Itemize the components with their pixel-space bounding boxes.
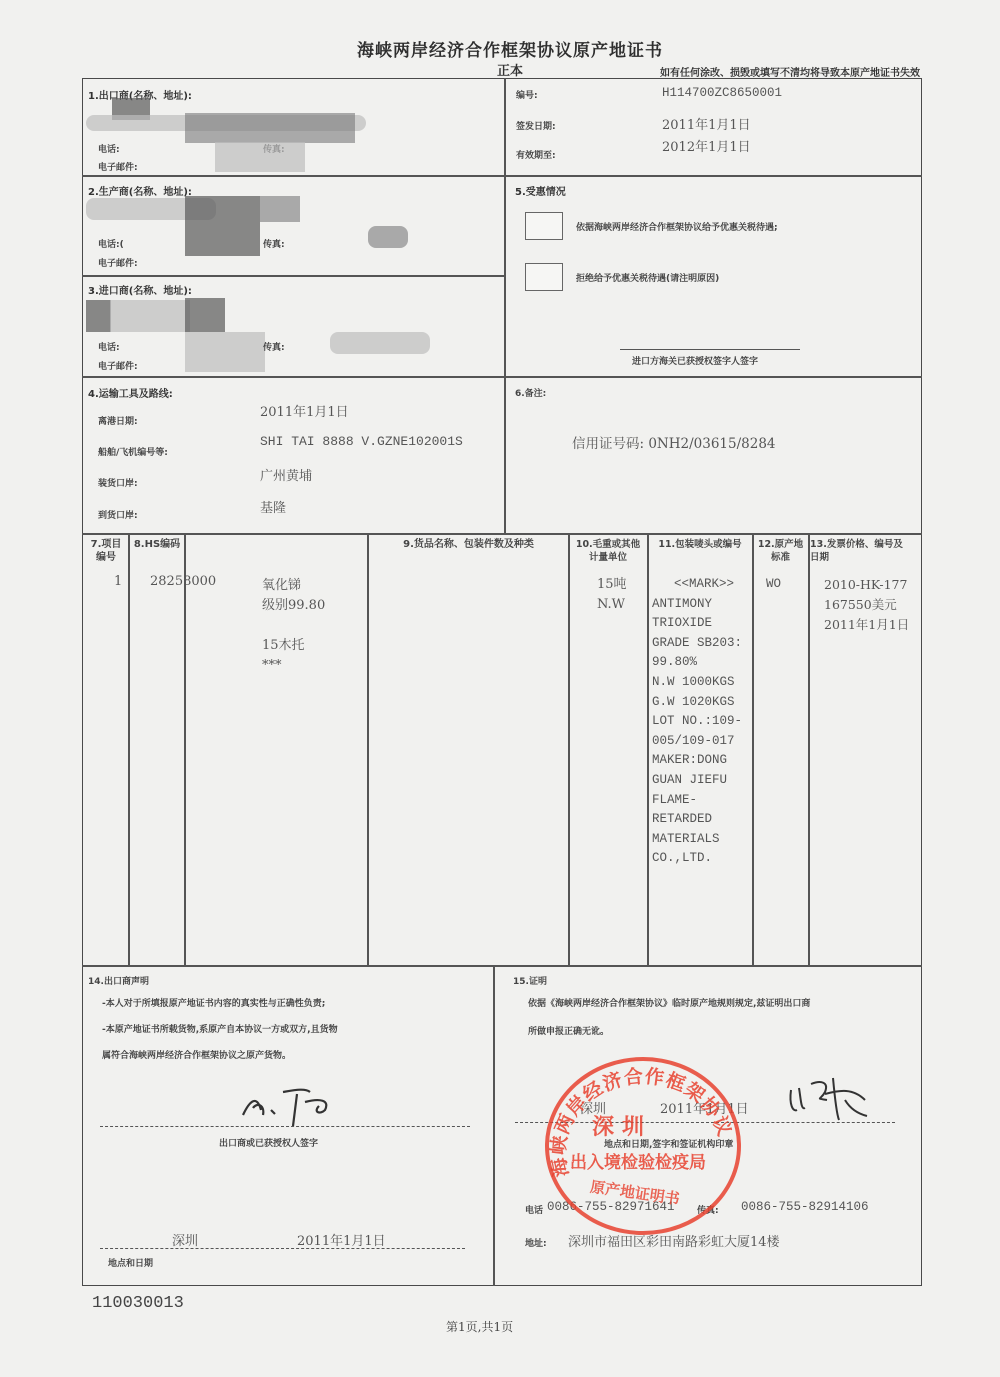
valid-until-label: 有效期至: [516, 148, 556, 161]
declaration-line-1: -本人对于所填报原产地证书内容的真实性与正确性负责; [102, 996, 325, 1009]
exporter-place: 深圳 [172, 1230, 198, 1249]
producer-fax-label: 传真: [263, 237, 285, 250]
item-no: 1 [114, 574, 122, 589]
declaration-line-3: 属符合海峡两岸经济合作框架协议之原产货物。 [102, 1048, 291, 1061]
officer-signature [785, 1070, 875, 1130]
certification-text-1: 依据《海峡两岸经济合作框架协议》临时原产地规则规定,兹证明出口商 [528, 996, 810, 1009]
importer-email-label: 电子邮件: [98, 359, 138, 372]
departure-date: 2011年1月1日 [260, 401, 349, 420]
valid-until: 2012年1月1日 [662, 136, 751, 155]
cert-number: H114700ZC8650001 [662, 84, 782, 104]
marks-line: MATERIALS [652, 830, 742, 850]
marks-line: <<MARK>> [652, 575, 742, 595]
gross-weight: 15吨 N.W [597, 575, 627, 615]
marks-line: MAKER:DONG [652, 751, 742, 771]
remarks-label: 6.备注: [515, 386, 546, 399]
marks-line: N.W 1000KGS [652, 673, 742, 693]
marks-line: 005/109-017 [652, 732, 742, 752]
hs-code: 28258000 [150, 574, 216, 589]
vessel: SHI TAI 8888 V.GZNE102001S [260, 432, 463, 452]
goods-description: 氧化锑 级别99.80 15木托 *** [262, 576, 325, 676]
shipping-marks: <<MARK>>ANTIMONYTRIOXIDEGRADE SB203:99.8… [652, 575, 742, 869]
marks-line: 99.80% [652, 653, 742, 673]
declaration-line-2: -本原产地证书所载货物,系原产自本协议一方或双方,且货物 [102, 1022, 338, 1035]
lc-number: 信用证号码: 0NH2/03615/8284 [572, 432, 776, 452]
vessel-label: 船舶/飞机编号等: [98, 445, 168, 458]
loading-port: 广州黄埔 [260, 465, 312, 484]
seal-bureau: 出入境检验检疫局 [570, 1148, 706, 1173]
grant-preference-checkbox[interactable] [525, 212, 563, 240]
refuse-preference-text: 拒绝给予优惠关税待遇(请注明原因) [576, 271, 719, 284]
refuse-preference-checkbox[interactable] [525, 263, 563, 291]
importer-phone-label: 电话: [98, 340, 120, 353]
serial-number: 110030013 [92, 1294, 184, 1313]
producer-label: 2.生产商(名称、地址): [88, 183, 192, 198]
marks-line: RETARDED [652, 810, 742, 830]
certificate-title: 海峡两岸经济合作框架协议原产地证书 [0, 36, 1000, 61]
marks-line: CO.,LTD. [652, 849, 742, 869]
authority-phone-label: 电话 [525, 1203, 543, 1216]
exporter-signature [235, 1080, 345, 1130]
discharge-port-label: 到货口岸: [98, 508, 138, 521]
header-origin-criterion: 12.原产地 标准 [753, 538, 808, 564]
import-customs-signature-caption: 进口方海关已获授权签字人签字 [632, 354, 758, 367]
seal-city: 深圳 [592, 1110, 652, 1141]
marks-line: LOT NO.:109- [652, 712, 742, 732]
authority-address-label: 地址: [525, 1236, 547, 1249]
exporter-phone-label: 电话: [98, 142, 120, 155]
marks-line: GRADE SB203: [652, 634, 742, 654]
certification-text-2: 所做申报正确无讹。 [528, 1024, 609, 1037]
header-description: 9.货品名称、包装件数及种类 [369, 538, 568, 551]
marks-line: G.W 1020KGS [652, 693, 742, 713]
certification-label: 15.证明 [513, 974, 547, 987]
importer-fax-label: 传真: [263, 340, 285, 353]
issue-date: 2011年1月1日 [662, 114, 751, 133]
header-invoice: 13.发票价格、编号及 日期 [810, 538, 922, 564]
origin-criterion: WO [766, 575, 781, 595]
exporter-declaration-label: 14.出口商声明 [88, 974, 149, 987]
page-indicator: 第1页,共1页 [446, 1318, 513, 1335]
header-weight: 10.毛重或其他 计量单位 [569, 538, 647, 564]
header-item-no: 7.项目 编号 [84, 538, 128, 564]
transport-label: 4.运输工具及路线: [88, 385, 173, 400]
issue-date-label: 签发日期: [516, 119, 556, 132]
tamper-warning: 如有任何涂改、损毁或填写不清均将导致本原产地证书失效 [660, 64, 920, 79]
invoice-details: 2010-HK-177 167550美元 2011年1月1日 [824, 575, 909, 635]
discharge-port: 基隆 [260, 497, 286, 516]
marks-line: TRIOXIDE [652, 614, 742, 634]
header-hs-code: 8.HS编码 [130, 538, 184, 551]
preference-label: 5.受惠情况 [515, 183, 566, 198]
cert-number-label: 编号: [516, 88, 538, 101]
exporter-signature-caption: 出口商或已获授权人签字 [219, 1136, 318, 1149]
exporter-email-label: 电子邮件: [98, 160, 138, 173]
exporter-date: 2011年1月1日 [297, 1230, 386, 1249]
authority-fax: 0086-755-82914106 [741, 1198, 869, 1218]
producer-phone-label: 电话:( [98, 237, 124, 250]
seal-outer-text: 海峡两岸经济合作框架协议 [545, 1057, 741, 1235]
marks-line: FLAME- [652, 791, 742, 811]
place-date-caption: 地点和日期 [108, 1256, 153, 1269]
marks-line: GUAN JIEFU [652, 771, 742, 791]
marks-line: ANTIMONY [652, 595, 742, 615]
importer-label: 3.进口商(名称、地址): [88, 282, 192, 297]
producer-email-label: 电子邮件: [98, 256, 138, 269]
grant-preference-text: 依据海峡两岸经济合作框架协议给予优惠关税待遇; [576, 220, 778, 233]
header-marks: 11.包装唛头或编号 [648, 538, 752, 551]
loading-port-label: 装货口岸: [98, 476, 138, 489]
departure-date-label: 离港日期: [98, 414, 138, 427]
